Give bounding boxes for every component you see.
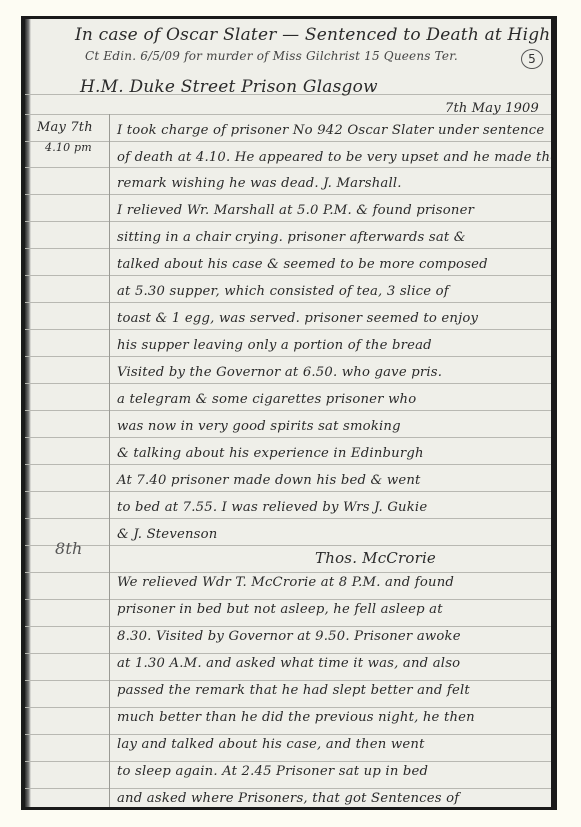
ruled-line	[25, 410, 551, 411]
ledger-page: In case of Oscar Slater — Sentenced to D…	[21, 16, 557, 810]
entry-line: & talking about his experience in Edinbu…	[117, 446, 424, 461]
ruled-line	[25, 141, 551, 142]
ruled-line	[25, 734, 551, 735]
ruled-line	[25, 275, 551, 276]
ruled-line	[25, 653, 551, 654]
ruled-line	[25, 626, 551, 627]
ruled-line	[25, 680, 551, 681]
entry-line: I relieved Wr. Marshall at 5.0 P.M. & fo…	[117, 203, 474, 218]
entry-line: talked about his case & seemed to be mor…	[117, 257, 488, 272]
ruled-line	[25, 599, 551, 600]
entry-line: & J. Stevenson	[117, 527, 217, 542]
entry-line: and asked where Prisoners, that got Sent…	[117, 791, 459, 806]
margin-rule	[109, 114, 110, 807]
ruled-line	[25, 302, 551, 303]
ruled-line	[25, 518, 551, 519]
signature-mccrorie: Thos. McCrorie	[315, 549, 436, 567]
ruled-line	[25, 248, 551, 249]
ruled-line	[25, 329, 551, 330]
entry-line: 8.30. Visited by Governor at 9.50. Priso…	[117, 629, 461, 644]
entry-line: sitting in a chair crying. prisoner afte…	[117, 230, 466, 245]
ruled-line	[25, 194, 551, 195]
entry-line: his supper leaving only a portion of the…	[117, 338, 432, 353]
entry-line: We relieved Wdr T. McCrorie at 8 P.M. an…	[117, 575, 454, 590]
margin-note-8th: 8th	[55, 539, 83, 558]
entry-line: of death at 4.10. He appeared to be very…	[117, 150, 557, 165]
ruled-line	[25, 707, 551, 708]
header-case-title: In case of Oscar Slater — Sentenced to D…	[75, 25, 550, 45]
header-prison-name: H.M. Duke Street Prison Glasgow	[80, 77, 378, 97]
ruled-line	[25, 788, 551, 789]
entry-line: passed the remark that he had slept bett…	[117, 683, 470, 698]
ruled-line	[25, 464, 551, 465]
margin-note-date: May 7th	[37, 120, 93, 135]
entry-line: prisoner in bed but not asleep, he fell …	[117, 602, 443, 617]
entry-line: At 7.40 prisoner made down his bed & wen…	[117, 473, 421, 488]
ruled-line	[25, 167, 551, 168]
ruled-line	[25, 221, 551, 222]
ruled-line	[25, 761, 551, 762]
entry-line: remark wishing he was dead. J. Marshall.	[117, 176, 402, 191]
entry-line: to bed at 7.55. I was relieved by Wrs J.…	[117, 500, 427, 515]
entry-line: lay and talked about his case, and then …	[117, 737, 425, 752]
entry-line: much better than he did the previous nig…	[117, 710, 475, 725]
entry-line: was now in very good spirits sat smoking	[117, 419, 401, 434]
entry-date: 7th May 1909	[445, 101, 539, 116]
ruled-line	[25, 545, 551, 546]
entry-line: I took charge of prisoner No 942 Oscar S…	[117, 123, 544, 138]
entry-line: a telegram & some cigarettes prisoner wh…	[117, 392, 416, 407]
ruled-line	[25, 572, 551, 573]
page-number: 5	[521, 49, 543, 69]
ruled-line	[25, 491, 551, 492]
entry-line: Visited by the Governor at 6.50. who gav…	[117, 365, 442, 380]
margin-note-time: 4.10 pm	[45, 141, 92, 154]
entry-line: at 1.30 A.M. and asked what time it was,…	[117, 656, 460, 671]
ruled-line	[25, 383, 551, 384]
ruled-line	[25, 437, 551, 438]
header-case-detail: Ct Edin. 6/5/09 for murder of Miss Gilch…	[85, 49, 458, 63]
entry-line: at 5.30 supper, which consisted of tea, …	[117, 284, 449, 299]
entry-line: toast & 1 egg, was served. prisoner seem…	[117, 311, 478, 326]
page-binding-edge	[25, 19, 31, 807]
ruled-line	[25, 356, 551, 357]
entry-line: to sleep again. At 2.45 Prisoner sat up …	[117, 764, 428, 779]
